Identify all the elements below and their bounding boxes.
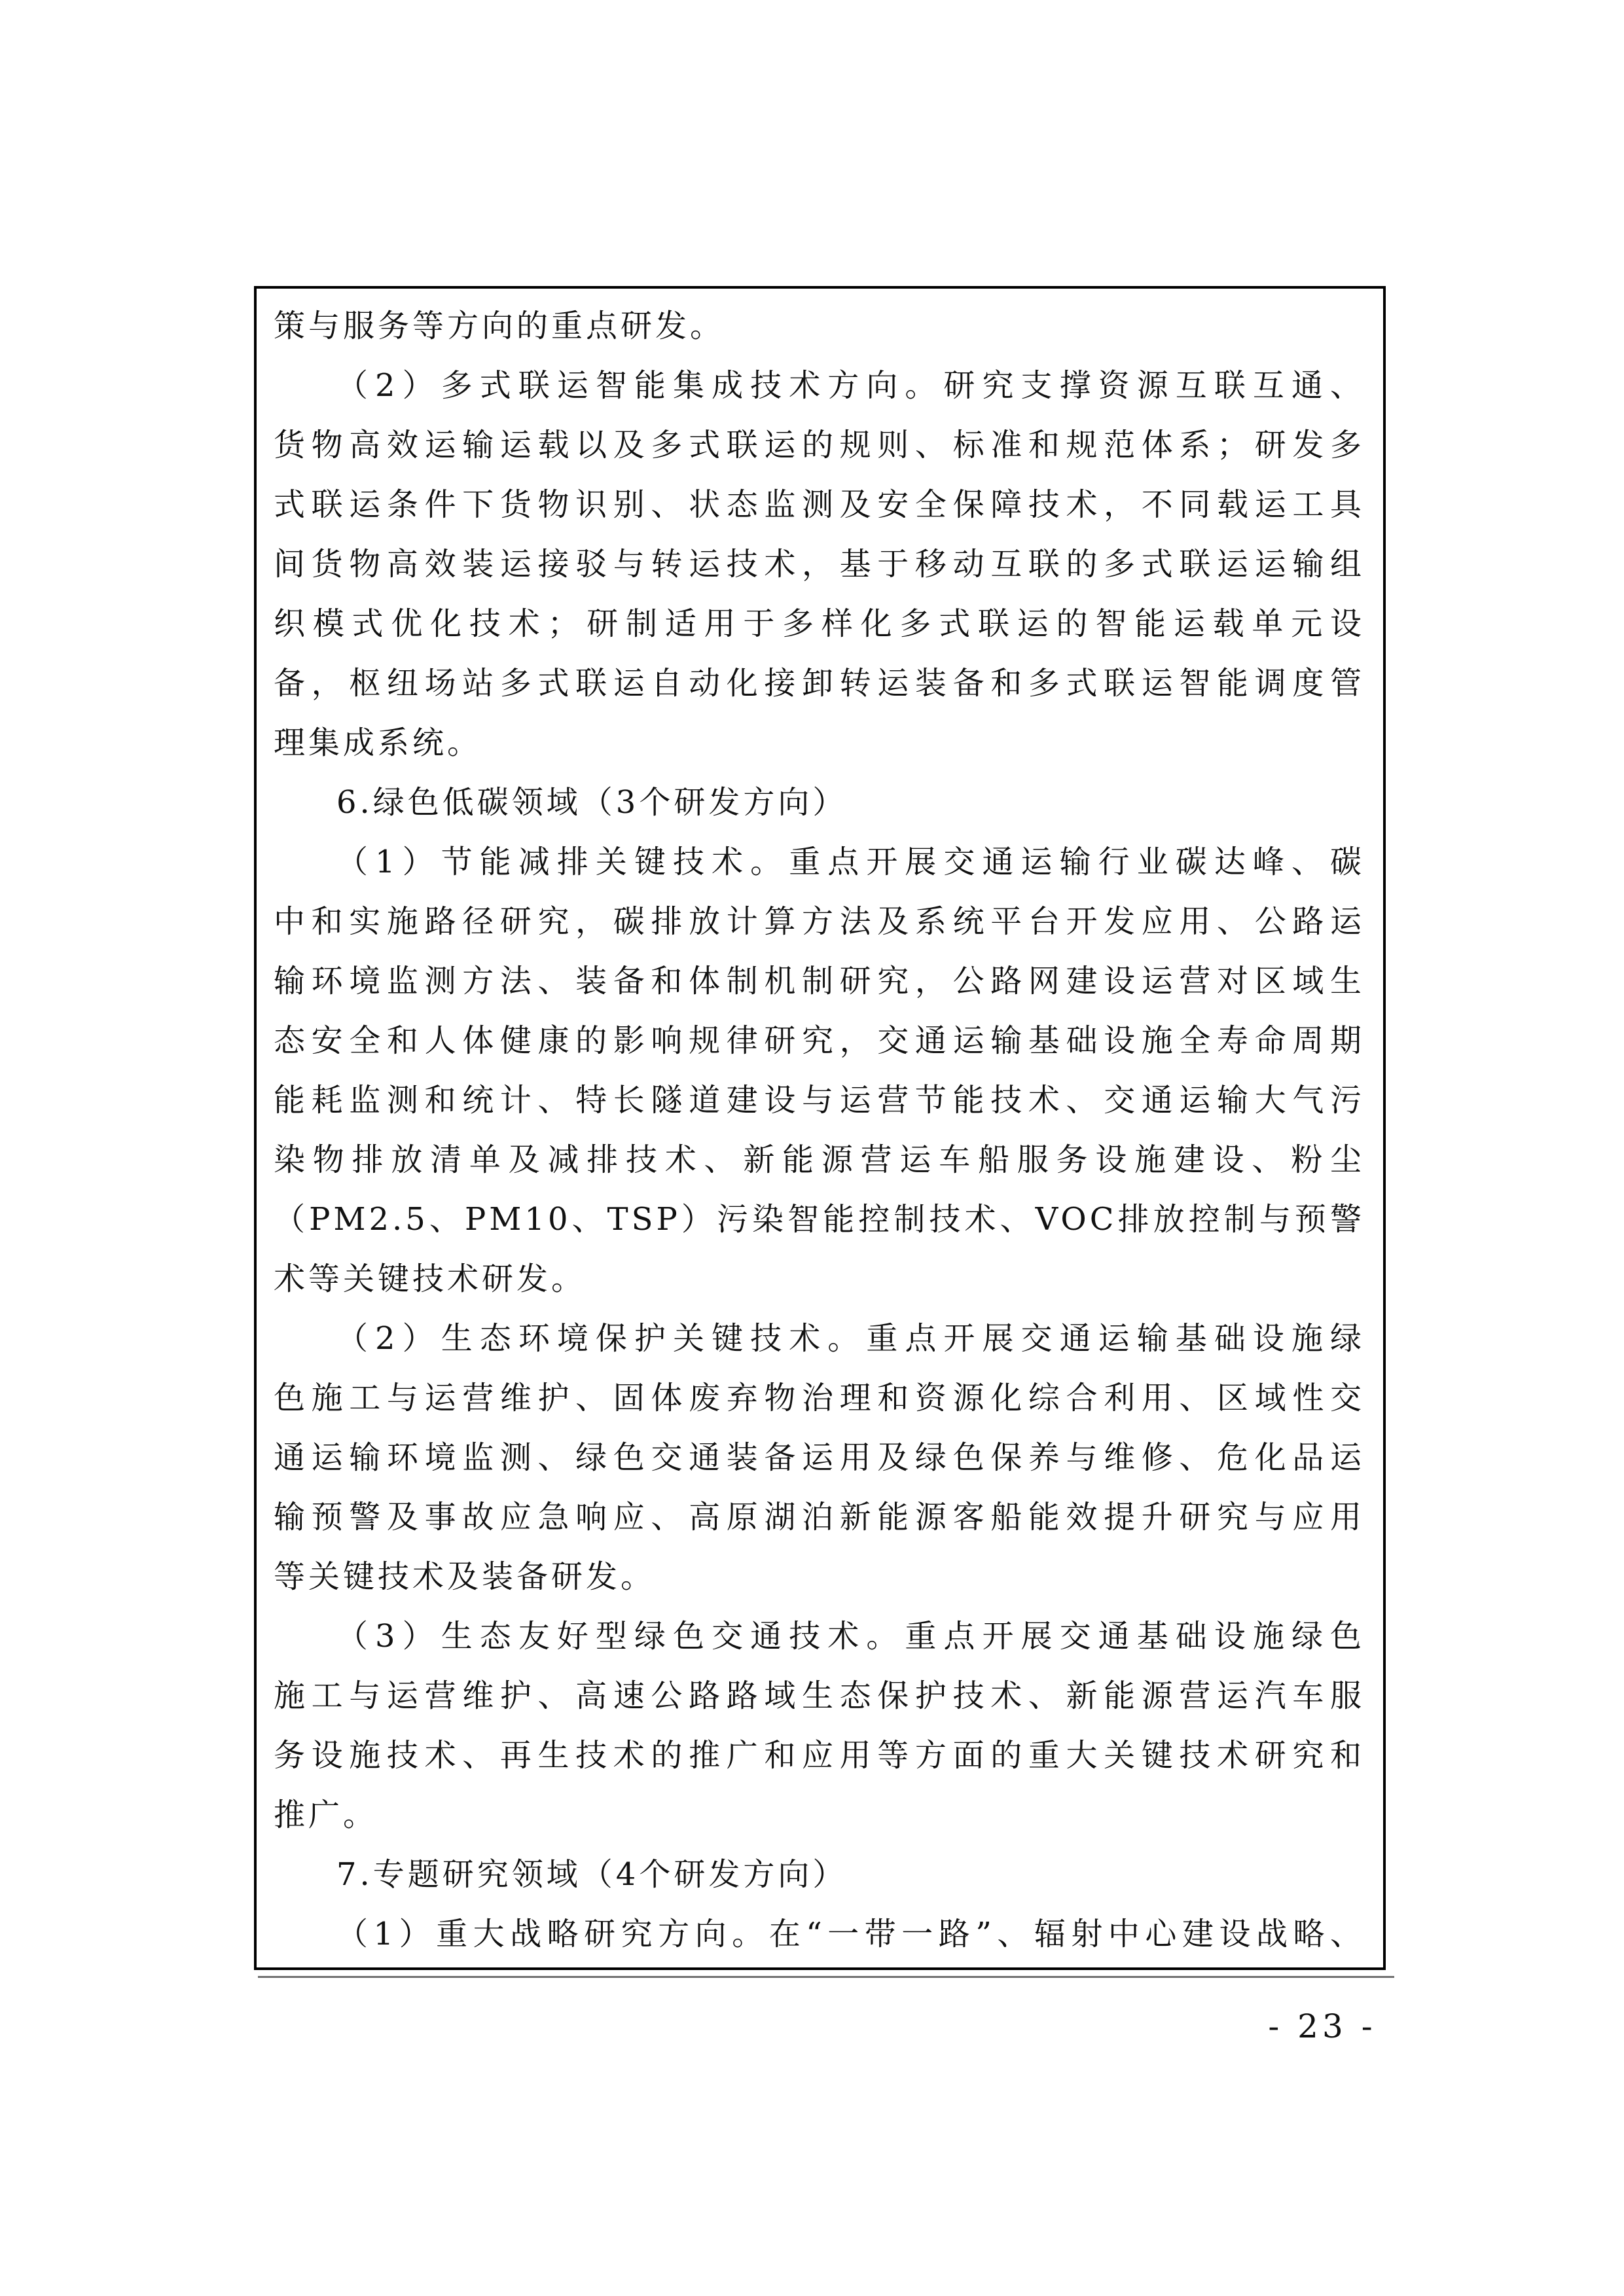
document-line: 推广。 bbox=[274, 1785, 1365, 1845]
document-line: 式联运条件下货物识别、状态监测及安全保障技术，不同载运工具 bbox=[274, 475, 1365, 535]
document-line: （2）多式联运智能集成技术方向。研究支撑资源互联互通、 bbox=[274, 356, 1365, 416]
document-line: （3）生态友好型绿色交通技术。重点开展交通基础设施绿色 bbox=[274, 1607, 1365, 1666]
document-line: 术等关键技术研发。 bbox=[274, 1249, 1365, 1309]
content-border-box: 策与服务等方向的重点研发。（2）多式联运智能集成技术方向。研究支撑资源互联互通、… bbox=[254, 286, 1386, 1970]
document-line: 间货物高效装运接驳与转运技术，基于移动互联的多式联运运输组 bbox=[274, 535, 1365, 594]
border-shadow-line bbox=[258, 1976, 1394, 1978]
document-line: 7.专题研究领域（4个研发方向） bbox=[274, 1845, 1365, 1905]
document-line: 态安全和人体健康的影响规律研究，交通运输基础设施全寿命周期 bbox=[274, 1011, 1365, 1071]
document-line: 策与服务等方向的重点研发。 bbox=[274, 296, 1365, 356]
document-line: 6.绿色低碳领域（3个研发方向） bbox=[274, 773, 1365, 833]
document-line: 织模式优化技术；研制适用于多样化多式联运的智能运载单元设 bbox=[274, 594, 1365, 654]
document-line: 色施工与运营维护、固体废弃物治理和资源化综合利用、区域性交 bbox=[274, 1369, 1365, 1428]
document-line: 通运输环境监测、绿色交通装备运用及绿色保养与维修、危化品运 bbox=[274, 1428, 1365, 1488]
document-line: （2）生态环境保护关键技术。重点开展交通运输基础设施绿 bbox=[274, 1309, 1365, 1369]
document-line: 输预警及事故应急响应、高原湖泊新能源客船能效提升研究与应用 bbox=[274, 1488, 1365, 1547]
document-page: 策与服务等方向的重点研发。（2）多式联运智能集成技术方向。研究支撑资源互联互通、… bbox=[0, 0, 1624, 2296]
document-line: 理集成系统。 bbox=[274, 713, 1365, 773]
document-line: 施工与运营维护、高速公路路域生态保护技术、新能源营运汽车服 bbox=[274, 1666, 1365, 1726]
document-line: 务设施技术、再生技术的推广和应用等方面的重大关键技术研究和 bbox=[274, 1726, 1365, 1785]
document-line: （PM2.5、PM10、TSP）污染智能控制技术、VOC排放控制与预警技 bbox=[274, 1190, 1365, 1249]
document-line: 染物排放清单及减排技术、新能源营运车船服务设施建设、粉尘 bbox=[274, 1130, 1365, 1190]
page-number: - 23 - bbox=[1244, 2007, 1401, 2046]
document-body: 策与服务等方向的重点研发。（2）多式联运智能集成技术方向。研究支撑资源互联互通、… bbox=[274, 296, 1365, 1964]
document-line: 中和实施路径研究，碳排放计算方法及系统平台开发应用、公路运 bbox=[274, 892, 1365, 952]
document-line: 输环境监测方法、装备和体制机制研究，公路网建设运营对区域生 bbox=[274, 952, 1365, 1011]
document-line: 备，枢纽场站多式联运自动化接卸转运装备和多式联运智能调度管 bbox=[274, 654, 1365, 713]
document-line: 能耗监测和统计、特长隧道建设与运营节能技术、交通运输大气污 bbox=[274, 1071, 1365, 1130]
document-line: 货物高效运输运载以及多式联运的规则、标准和规范体系；研发多 bbox=[274, 416, 1365, 475]
document-line: （1）节能减排关键技术。重点开展交通运输行业碳达峰、碳 bbox=[274, 833, 1365, 892]
document-line: （1）重大战略研究方向。在“一带一路”、辐射中心建设战略、 bbox=[274, 1905, 1365, 1964]
document-line: 等关键技术及装备研发。 bbox=[274, 1547, 1365, 1607]
